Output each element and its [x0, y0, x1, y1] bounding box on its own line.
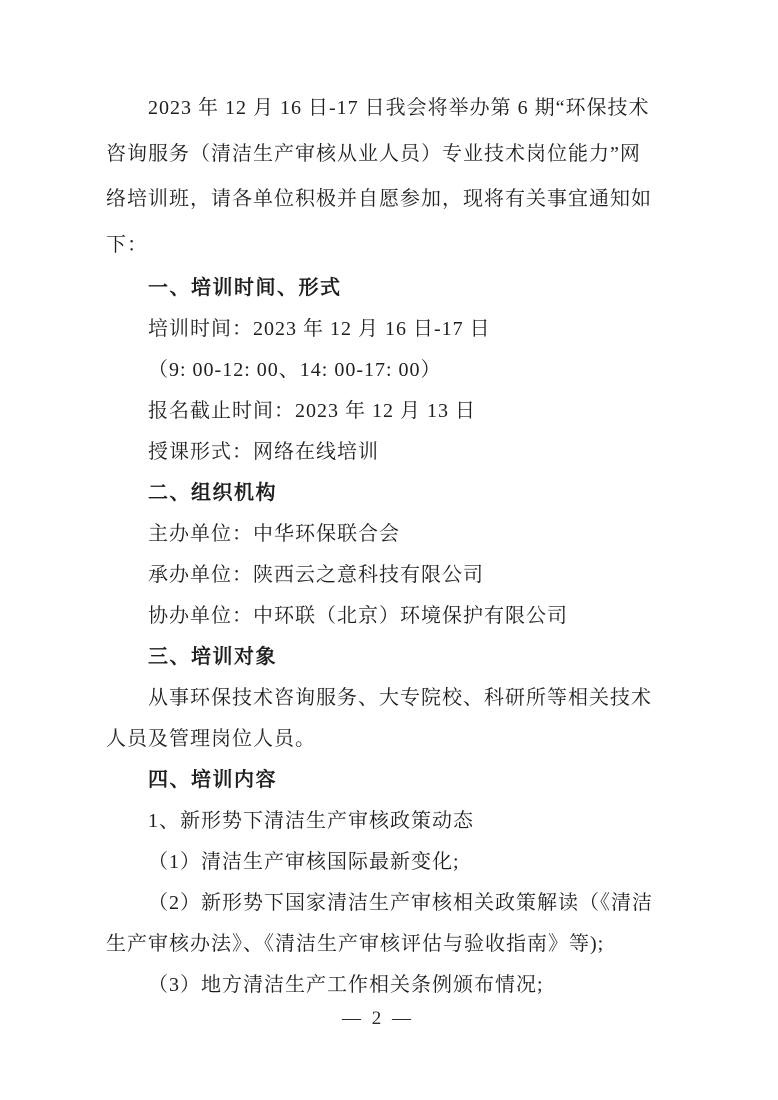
intro-line: 下：	[106, 223, 666, 269]
intro-paragraph: 2023 年 12 月 16 日-17 日我会将举办第 6 期“环保技术 咨询服…	[106, 86, 666, 268]
section-heading: 一、培训时间、形式	[106, 268, 666, 309]
intro-line: 2023 年 12 月 16 日-17 日我会将举办第 6 期“环保技术	[106, 86, 666, 132]
document-page: 2023 年 12 月 16 日-17 日我会将举办第 6 期“环保技术 咨询服…	[0, 0, 778, 1100]
section-content: 四、培训内容 1、新形势下清洁生产审核政策动态 （1）清洁生产审核国际最新变化;…	[106, 760, 666, 1006]
text-line: 主办单位：中华环保联合会	[106, 514, 666, 555]
page-number: — 2 —	[0, 1008, 756, 1030]
intro-line: 咨询服务（清洁生产审核从业人员）专业技术岗位能力”网	[106, 132, 666, 178]
section-trainees: 三、培训对象 从事环保技术咨询服务、大专院校、科研所等相关技术 人员及管理岗位人…	[106, 637, 666, 760]
section-heading: 三、培训对象	[106, 637, 666, 678]
text-line: 协办单位：中环联（北京）环境保护有限公司	[106, 596, 666, 637]
document-body: 2023 年 12 月 16 日-17 日我会将举办第 6 期“环保技术 咨询服…	[106, 86, 666, 1006]
text-line: 授课形式：网络在线培训	[106, 432, 666, 473]
text-line: 培训时间：2023 年 12 月 16 日-17 日	[106, 309, 666, 350]
section-heading: 二、组织机构	[106, 473, 666, 514]
text-line: 承办单位：陕西云之意科技有限公司	[106, 555, 666, 596]
text-line: （2）新形势下国家清洁生产审核相关政策解读（《清洁	[106, 883, 666, 924]
text-line: 报名截止时间：2023 年 12 月 13 日	[106, 391, 666, 432]
text-line: 1、新形势下清洁生产审核政策动态	[106, 801, 666, 842]
text-line: 从事环保技术咨询服务、大专院校、科研所等相关技术	[106, 678, 666, 719]
text-line: 人员及管理岗位人员。	[106, 719, 666, 760]
section-training-time: 一、培训时间、形式 培训时间：2023 年 12 月 16 日-17 日 （9:…	[106, 268, 666, 473]
text-line: （1）清洁生产审核国际最新变化;	[106, 842, 666, 883]
section-heading: 四、培训内容	[106, 760, 666, 801]
text-line: （9: 00-12: 00、14: 00-17: 00）	[106, 350, 666, 391]
text-line: （3）地方清洁生产工作相关条例颁布情况;	[106, 965, 666, 1006]
intro-line: 络培训班，请各单位积极并自愿参加，现将有关事宜通知如	[106, 177, 666, 223]
text-line: 生产审核办法》、《清洁生产审核评估与验收指南》等);	[106, 924, 666, 965]
section-organizers: 二、组织机构 主办单位：中华环保联合会 承办单位：陕西云之意科技有限公司 协办单…	[106, 473, 666, 637]
